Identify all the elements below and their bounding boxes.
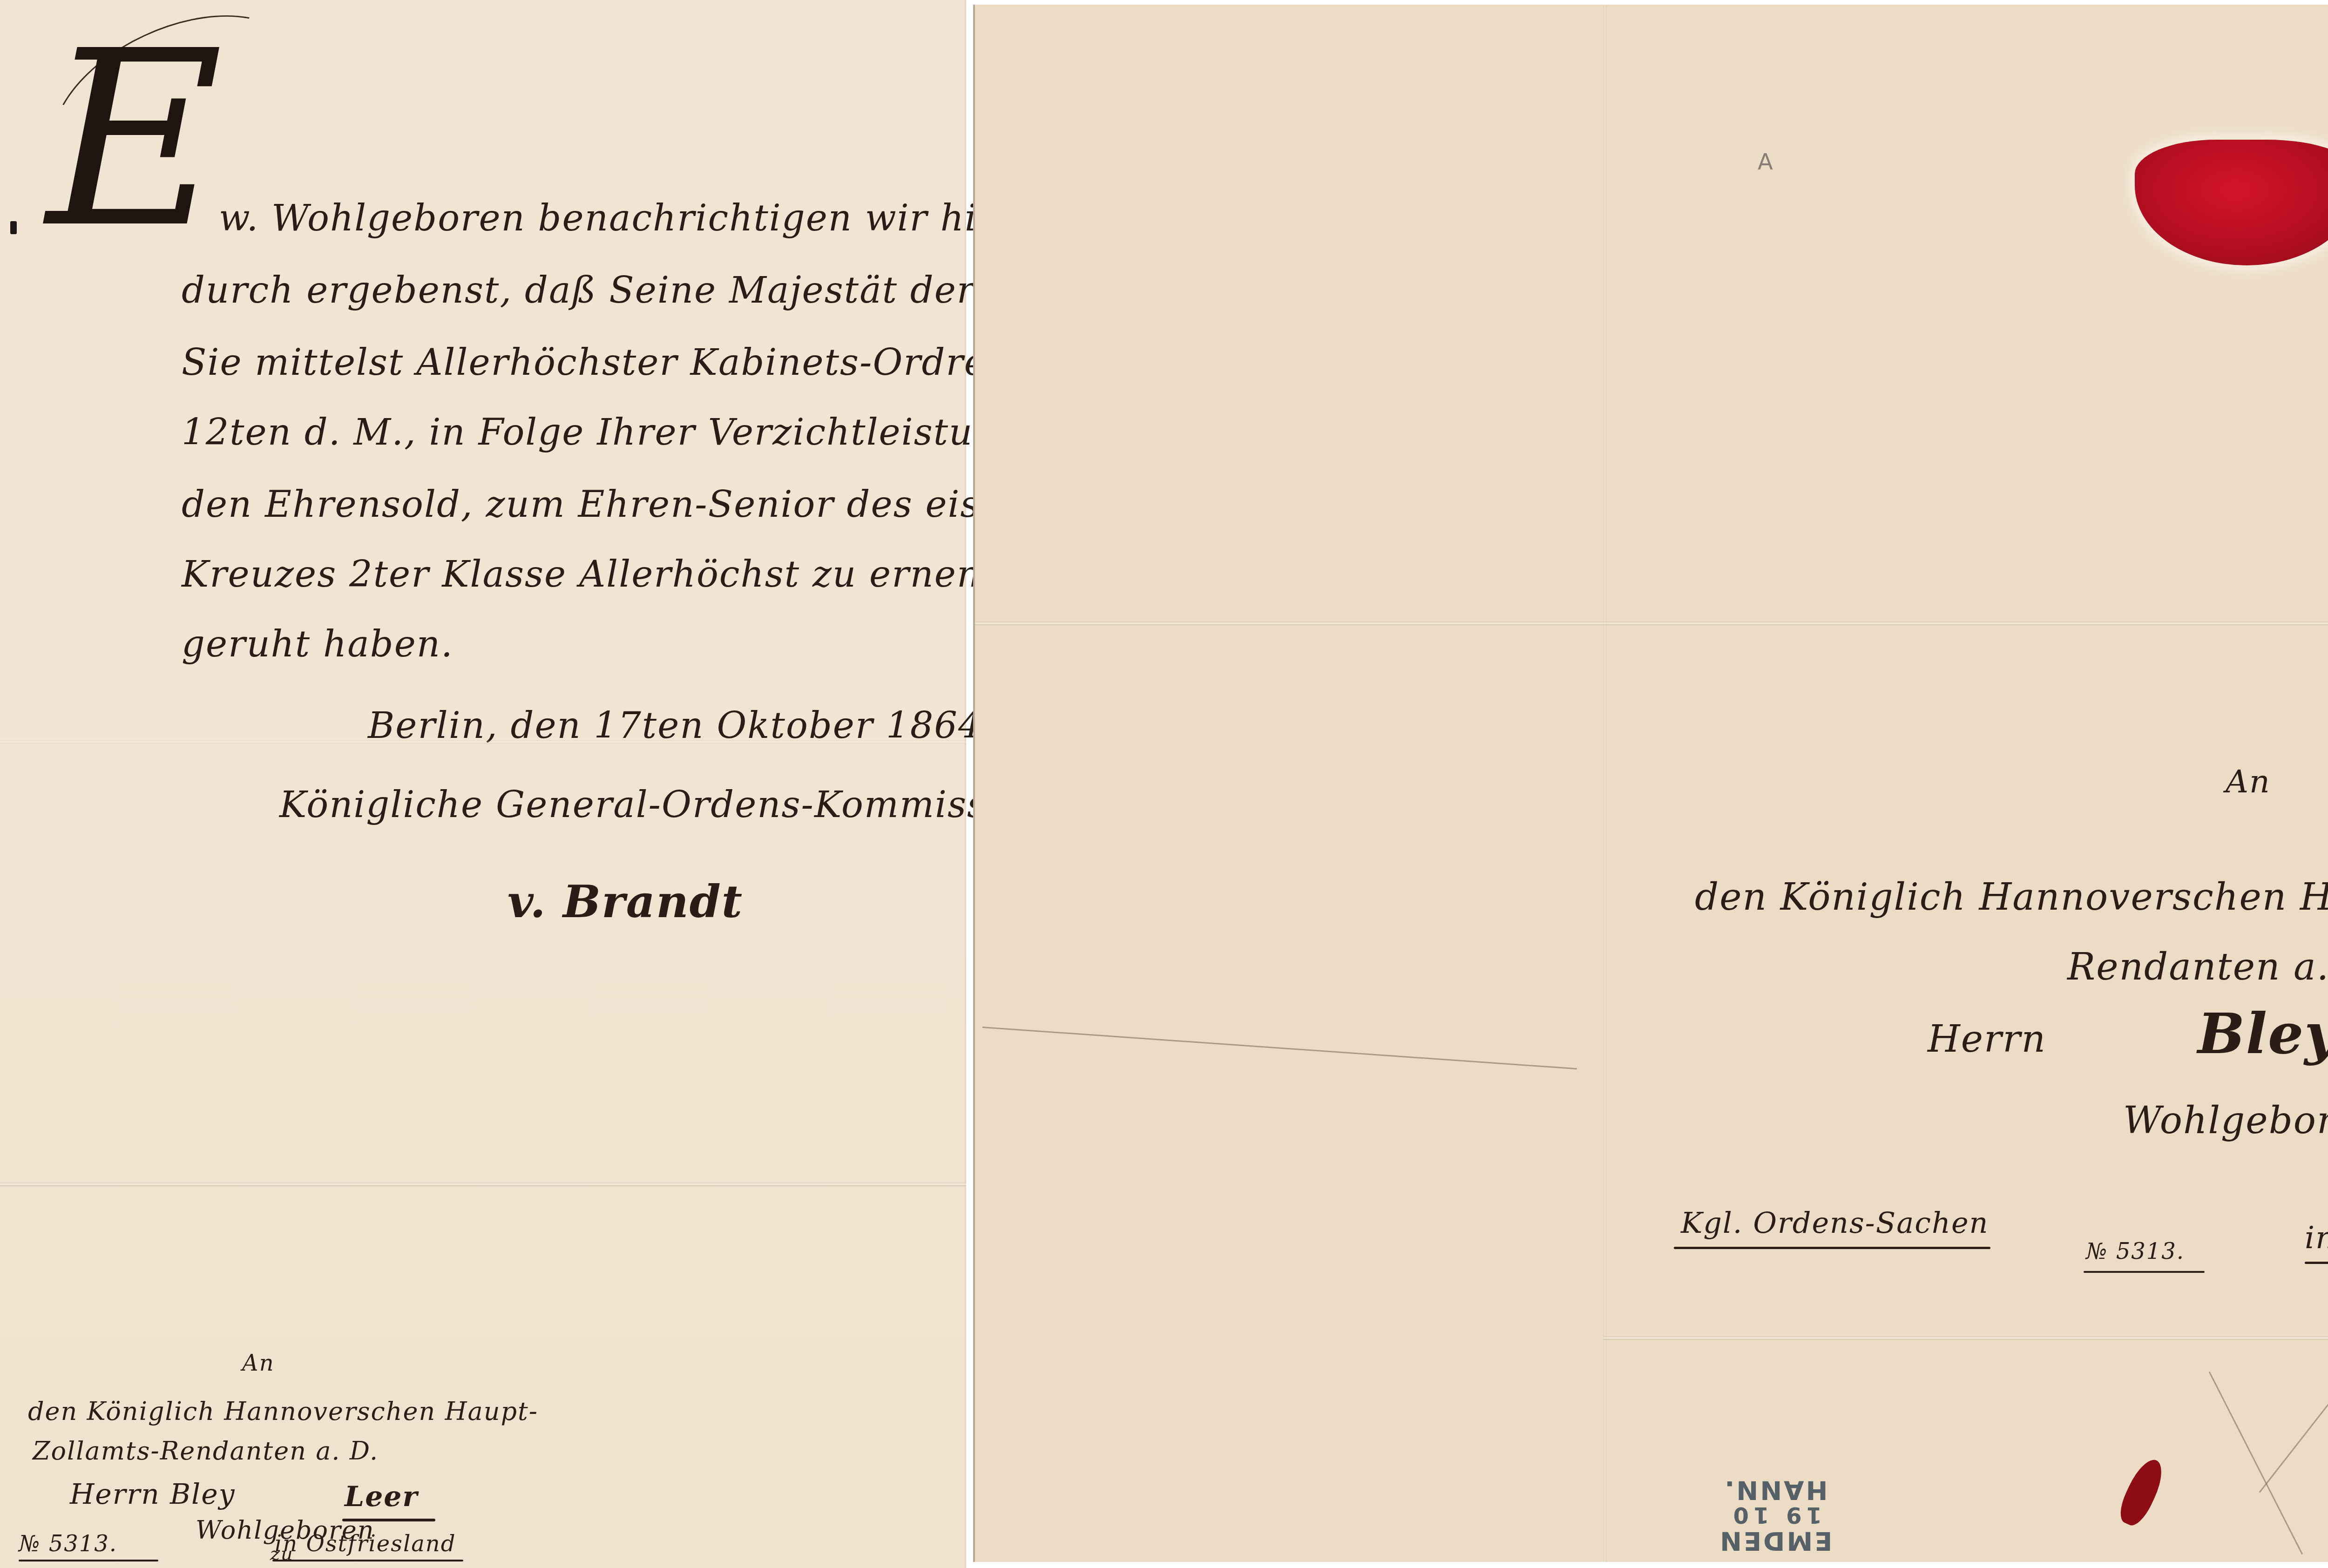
fold-line-horizontal bbox=[975, 622, 2328, 625]
fold-line bbox=[0, 740, 966, 744]
letter-address-city: Leer bbox=[345, 1480, 418, 1513]
envelope-sheet bbox=[973, 5, 2328, 1562]
postmark-emden: EMDEN 19 10 HANN. bbox=[1718, 1476, 1833, 1554]
reference-underline bbox=[2084, 1271, 2205, 1273]
region-underline bbox=[2305, 1262, 2328, 1264]
envelope-address-herrn: Herrn bbox=[1928, 1017, 2046, 1061]
envelope-service-note: Kgl. Ordens-Sachen bbox=[1681, 1206, 1989, 1240]
letter-sheet: E w. Wohlgeboren benachrichtigen wir hie… bbox=[0, 0, 966, 1568]
letter-line-1: w. Wohlgeboren benachrichtigen wir hier bbox=[219, 200, 1018, 237]
city-underline bbox=[342, 1519, 435, 1521]
letter-dateline: Berlin, den 17ten Oktober 1864. bbox=[368, 708, 995, 744]
envelope-address-to: An bbox=[2226, 764, 2271, 800]
envelope-address-name: Bley bbox=[2198, 1001, 2328, 1067]
letter-line-3: Sie mittelst Allerhöchster Kabinets-Ordr… bbox=[182, 345, 1079, 381]
letter-line-4: 12ten d. M., in Folge Ihrer Verzichtleis… bbox=[182, 414, 1096, 451]
ink-blot bbox=[10, 221, 17, 234]
letter-address-line-2: Zollamts-Rendanten a. D. bbox=[33, 1436, 379, 1466]
service-note-underline bbox=[1674, 1247, 1990, 1249]
postmark-emden-line-1: EMDEN bbox=[1718, 1527, 1833, 1554]
letter-address-line-1: den Königlich Hannoverschen Haupt- bbox=[28, 1397, 538, 1426]
envelope-address-line-4: Wohlgeboren bbox=[2123, 1099, 2328, 1142]
letter-signature: v. Brandt bbox=[508, 875, 743, 928]
letter-issuer: Königliche General-Ordens-Kommission. bbox=[279, 787, 1059, 823]
envelope-address-line-1: den Königlich Hannoverschen Haupt-Zollam… bbox=[1695, 875, 2328, 919]
postmark-emden-line-2: 19 10 bbox=[1718, 1503, 1833, 1527]
fold-line-vertical bbox=[1604, 5, 1606, 1562]
envelope-address-line-2: Rendanten a. D. bbox=[2067, 945, 2328, 988]
pencil-note: A bbox=[1758, 149, 1773, 175]
letter-address-line-3: Herrn Bley bbox=[70, 1478, 236, 1511]
region-underline bbox=[272, 1560, 463, 1561]
letter-line-7: geruht haben. bbox=[182, 626, 453, 662]
letter-reference-number: № 5313. bbox=[19, 1531, 117, 1557]
salutation-initial: E bbox=[47, 19, 223, 261]
envelope-address-region: in Ostfriesland bbox=[2305, 1220, 2328, 1256]
reference-underline bbox=[19, 1560, 158, 1561]
letter-line-6: Kreuzes 2ter Klasse Allerhöchst zu ernen… bbox=[182, 556, 1052, 593]
envelope-reference-number: № 5313. bbox=[2086, 1238, 2185, 1264]
letter-line-5: den Ehrensold, zum Ehren-Senior des eise… bbox=[182, 487, 1092, 523]
letter-line-2: durch ergebenst, daß Seine Majestät der … bbox=[182, 272, 1098, 309]
letter-address-to: An bbox=[242, 1350, 275, 1376]
postmark-emden-line-3: HANN. bbox=[1718, 1476, 1833, 1503]
letter-address-region: in Ostfriesland bbox=[275, 1531, 456, 1557]
fold-line-horizontal bbox=[1604, 1336, 2328, 1340]
fold-line bbox=[0, 1183, 966, 1186]
